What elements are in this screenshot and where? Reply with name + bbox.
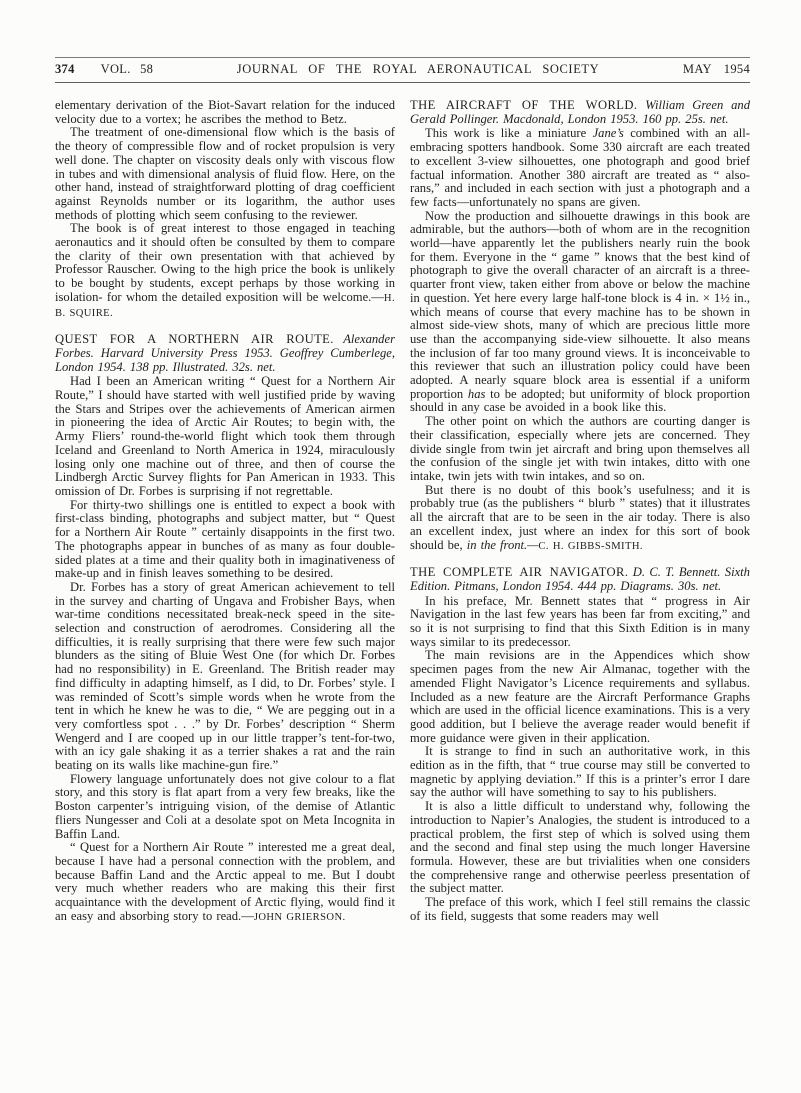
text-run: In his preface, Mr. Bennett states that … (410, 594, 750, 649)
text-run: The treatment of one-dimensional flow wh… (55, 125, 395, 221)
review-paragraph: In his preface, Mr. Bennett states that … (410, 595, 750, 650)
text-run: THE AIRCRAFT OF THE WORLD. (410, 98, 637, 112)
text-run: Dr. Forbes has a story of great American… (55, 580, 395, 772)
review-paragraph: Had I been an American writing “ Quest f… (55, 375, 395, 498)
page-number: 374 (55, 62, 75, 77)
text-run: C. H. GIBBS-SMITH. (538, 541, 643, 552)
text-run: JOHN GRIERSON. (254, 912, 346, 923)
review-heading: QUEST FOR A NORTHERN AIR ROUTE. Alexande… (55, 333, 395, 374)
text-run: QUEST FOR A NORTHERN AIR ROUTE. (55, 332, 334, 346)
text-run: For thirty-two shillings one is entitled… (55, 498, 395, 581)
review-paragraph: It is strange to find in such an authori… (410, 745, 750, 800)
review-paragraph: The book is of great interest to those e… (55, 222, 395, 320)
text-run: Now the production and silhouette drawin… (410, 209, 750, 401)
text-run: Jane’s (593, 126, 624, 140)
review-paragraph: The main revisions are in the Appendices… (410, 649, 750, 745)
text-run (334, 332, 343, 346)
text-run: THE COMPLETE AIR NAVIGATOR. (410, 565, 628, 579)
review-paragraph: Dr. Forbes has a story of great American… (55, 581, 395, 773)
text-run: Had I been an American writing “ Quest f… (55, 374, 395, 498)
text-run: It is strange to find in such an authori… (410, 744, 750, 799)
text-run: elementary derivation of the Biot-Savart… (55, 98, 395, 126)
text-run: has (468, 387, 486, 401)
volume-label: VOL. 58 (101, 62, 154, 77)
left-column: elementary derivation of the Biot-Savart… (55, 99, 395, 924)
review-paragraph: The treatment of one-dimensional flow wh… (55, 126, 395, 222)
review-paragraph: This work is like a miniature Jane’s com… (410, 127, 750, 209)
right-column: THE AIRCRAFT OF THE WORLD. William Green… (410, 99, 750, 924)
text-run: The preface of this work, which I feel s… (410, 895, 750, 923)
text-run: “ Quest for a Northern Air Route ” inter… (55, 840, 395, 923)
review-paragraph: Flowery language unfortunately does not … (55, 773, 395, 842)
issue-date: MAY 1954 (683, 62, 750, 77)
review-paragraph: “ Quest for a Northern Air Route ” inter… (55, 841, 395, 924)
review-paragraph: For thirty-two shillings one is entitled… (55, 499, 395, 581)
journal-page: 374 VOL. 58 JOURNAL OF THE ROYAL AERONAU… (0, 0, 801, 1093)
text-run: The main revisions are in the Appendices… (410, 648, 750, 744)
review-paragraph: But there is no doubt of this book’s use… (410, 484, 750, 554)
journal-title: JOURNAL OF THE ROYAL AERONAUTICAL SOCIET… (153, 62, 683, 77)
text-run: in the front.— (467, 538, 539, 552)
review-paragraph: The other point on which the authors are… (410, 415, 750, 484)
review-paragraph: Now the production and silhouette drawin… (410, 210, 750, 416)
review-paragraph: elementary derivation of the Biot-Savart… (55, 99, 395, 126)
review-heading: THE AIRCRAFT OF THE WORLD. William Green… (410, 99, 750, 126)
text-run: The other point on which the authors are… (410, 414, 750, 483)
text-run: Flowery language unfortunately does not … (55, 772, 395, 841)
page-body: elementary derivation of the Biot-Savart… (55, 99, 750, 924)
page-header: 374 VOL. 58 JOURNAL OF THE ROYAL AERONAU… (55, 57, 750, 83)
review-heading: THE COMPLETE AIR NAVIGATOR. D. C. T. Ben… (410, 566, 750, 593)
review-paragraph: The preface of this work, which I feel s… (410, 896, 750, 923)
text-run: It is also a little difficult to underst… (410, 799, 750, 895)
text-run: The book is of great interest to those e… (55, 221, 395, 304)
review-paragraph: It is also a little difficult to underst… (410, 800, 750, 896)
text-run: This work is like a miniature (425, 126, 593, 140)
